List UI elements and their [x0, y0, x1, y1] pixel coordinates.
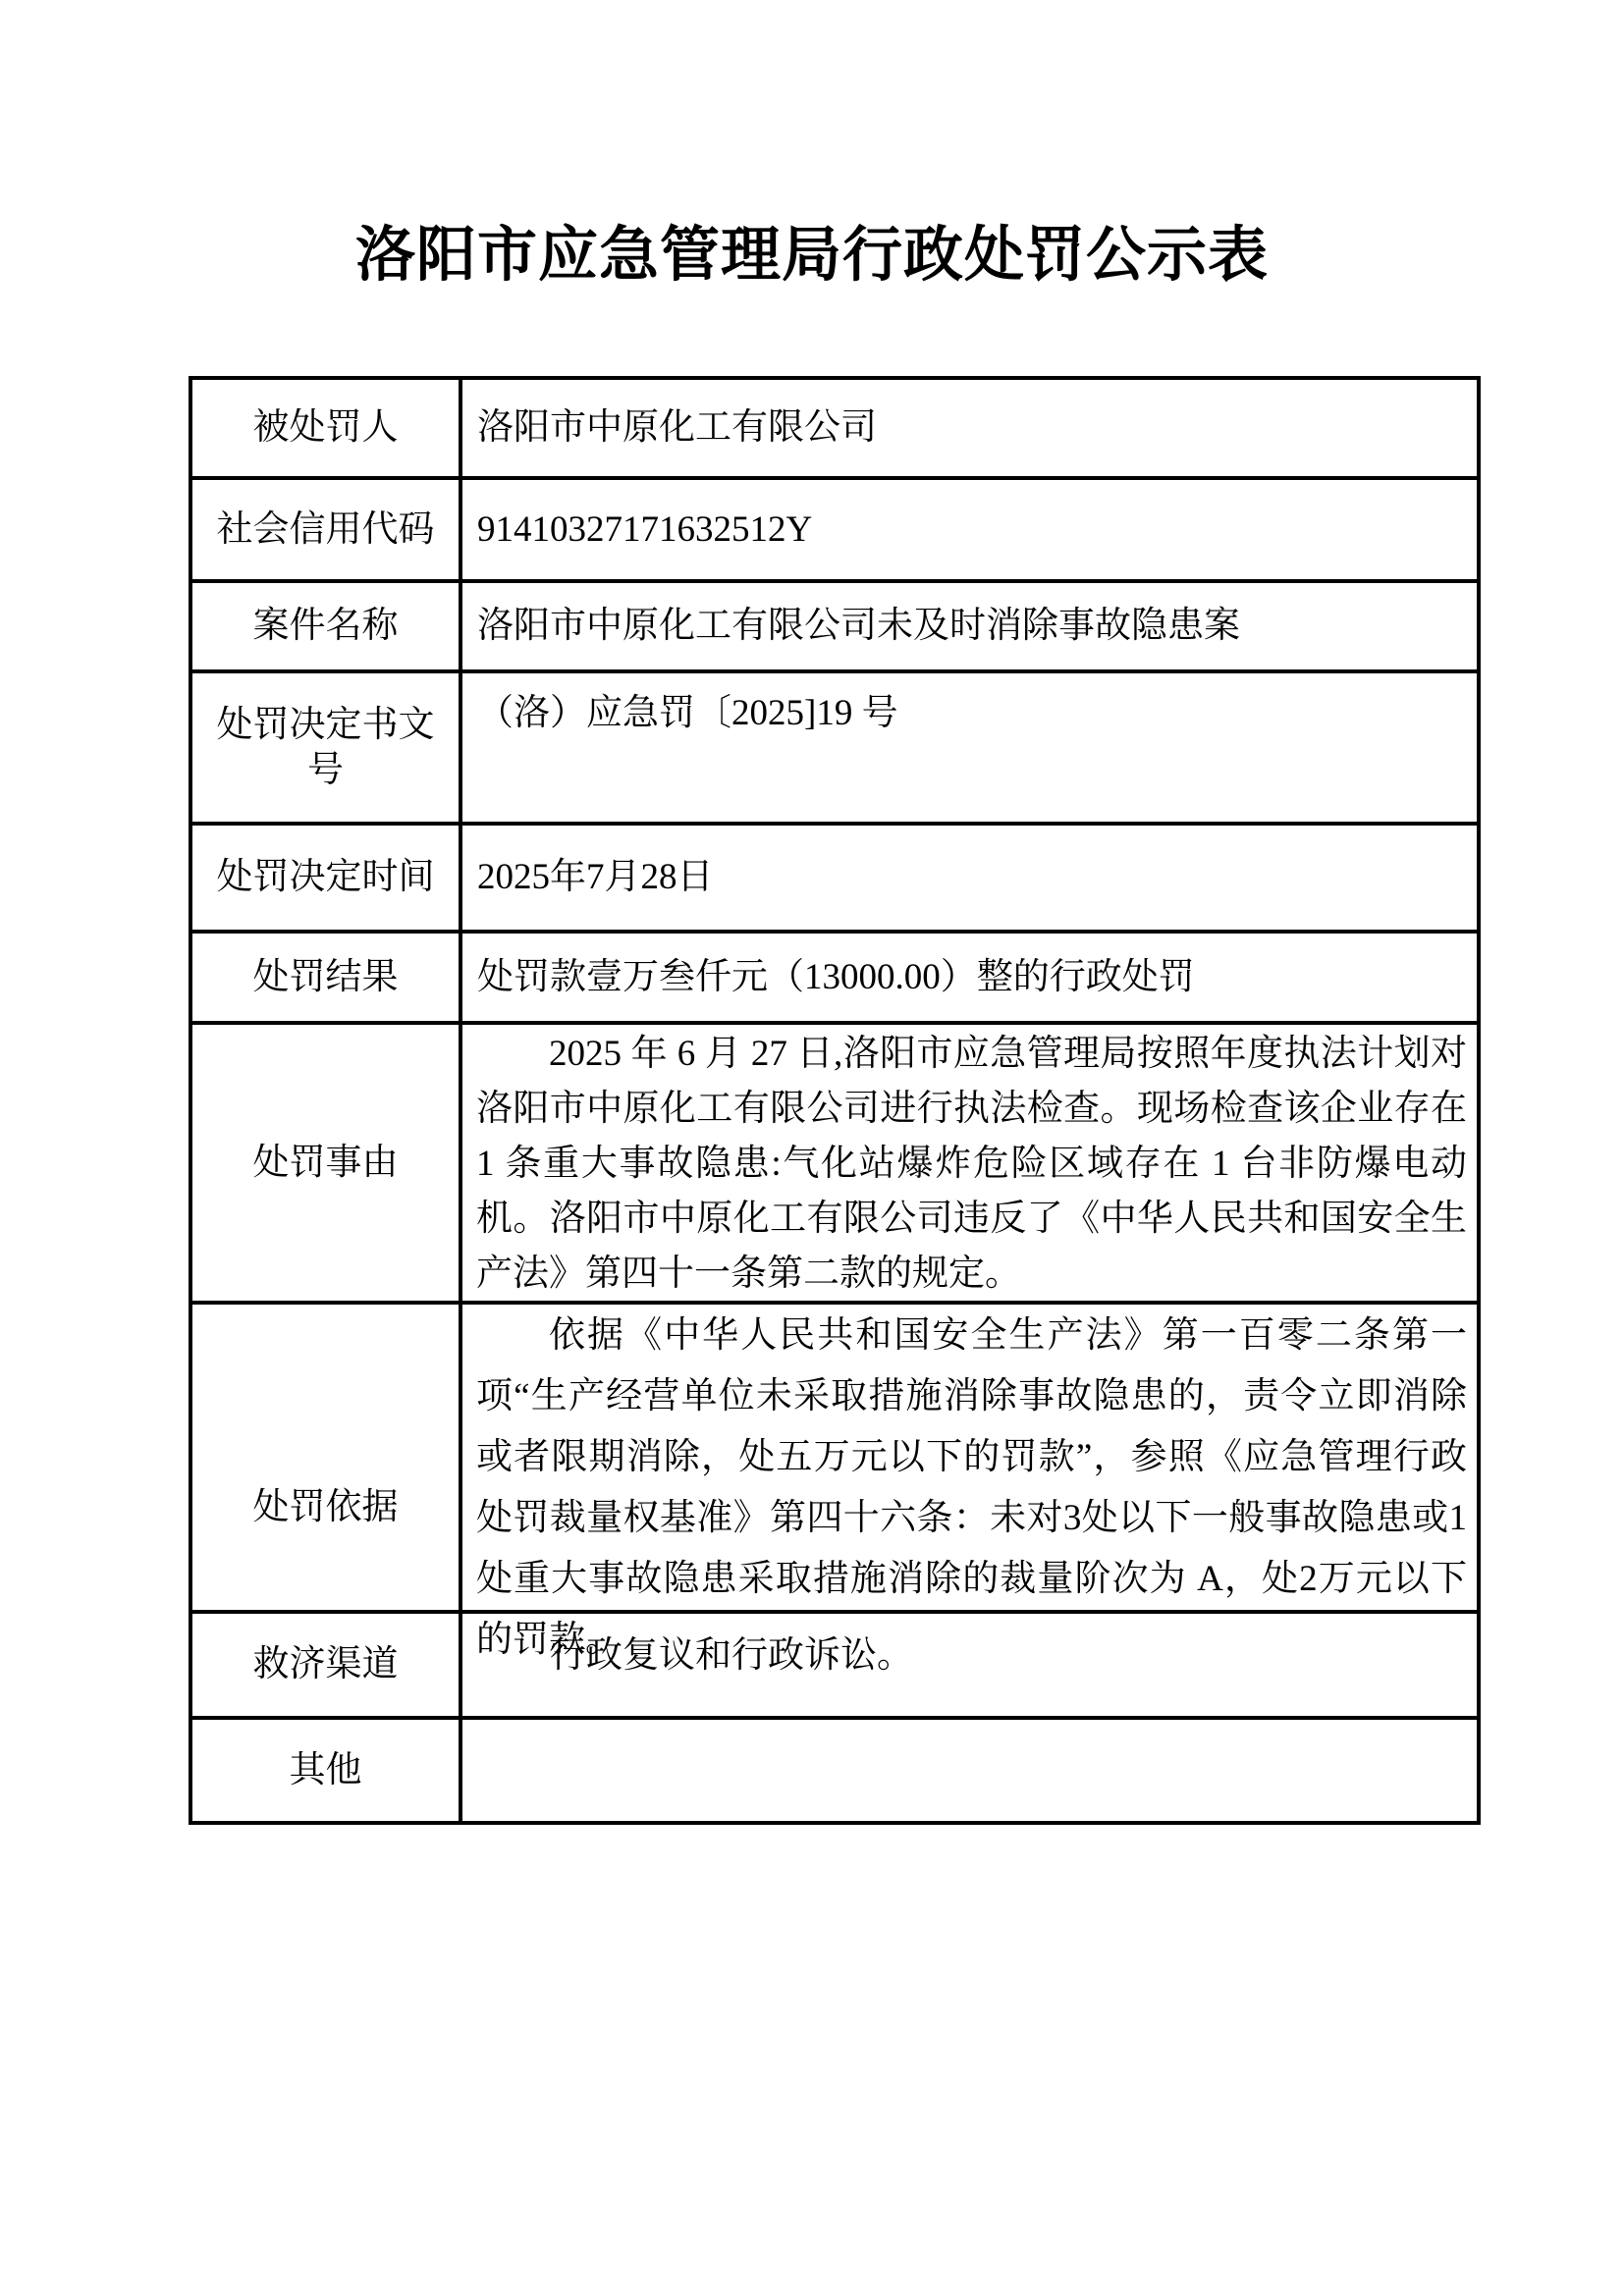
- row-label: 处罚决定书文号: [192, 673, 462, 822]
- row-label: 被处罚人: [192, 380, 462, 476]
- row-label: 救济渠道: [192, 1614, 462, 1716]
- row-value: 2025年7月28日: [462, 826, 1477, 930]
- row-label: 处罚结果: [192, 934, 462, 1021]
- row-relief-channels: 救济渠道 行政复议和行政诉讼。: [192, 1614, 1477, 1720]
- row-value: 91410327171632512Y: [462, 480, 1477, 579]
- row-other: 其他: [192, 1720, 1477, 1821]
- row-label: 其他: [192, 1720, 462, 1821]
- row-case-name: 案件名称 洛阳市中原化工有限公司未及时消除事故隐患案: [192, 583, 1477, 673]
- row-value: （洛）应急罚〔2025]19 号: [462, 673, 1477, 822]
- row-social-credit-code: 社会信用代码 91410327171632512Y: [192, 480, 1477, 583]
- penalty-notice-table: 被处罚人 洛阳市中原化工有限公司 社会信用代码 9141032717163251…: [189, 376, 1481, 1825]
- row-penalty-result: 处罚结果 处罚款壹万叁仟元（13000.00）整的行政处罚: [192, 934, 1477, 1025]
- row-value: 2025 年 6 月 27 日,洛阳市应急管理局按照年度执法计划对洛阳市中原化工…: [462, 1025, 1477, 1301]
- row-value: 洛阳市中原化工有限公司未及时消除事故隐患案: [462, 583, 1477, 669]
- row-penalized-party: 被处罚人 洛阳市中原化工有限公司: [192, 380, 1477, 480]
- row-value: [462, 1720, 1477, 1821]
- row-label: 处罚事由: [192, 1025, 462, 1301]
- row-label: 案件名称: [192, 583, 462, 669]
- row-label: 处罚决定时间: [192, 826, 462, 930]
- row-value: 依据《中华人民共和国安全生产法》第一百零二条第一项“生产经营单位未采取措施消除事…: [462, 1305, 1477, 1610]
- row-value: 行政复议和行政诉讼。: [462, 1614, 1477, 1716]
- row-penalty-reason: 处罚事由 2025 年 6 月 27 日,洛阳市应急管理局按照年度执法计划对洛阳…: [192, 1025, 1477, 1305]
- page-title: 洛阳市应急管理局行政处罚公示表: [0, 225, 1624, 288]
- row-label: 社会信用代码: [192, 480, 462, 579]
- row-decision-date: 处罚决定时间 2025年7月28日: [192, 826, 1477, 934]
- row-label: 处罚依据: [192, 1305, 462, 1610]
- row-decision-doc-number: 处罚决定书文号 （洛）应急罚〔2025]19 号: [192, 673, 1477, 826]
- row-penalty-basis: 处罚依据 依据《中华人民共和国安全生产法》第一百零二条第一项“生产经营单位未采取…: [192, 1305, 1477, 1614]
- row-value: 处罚款壹万叁仟元（13000.00）整的行政处罚: [462, 934, 1477, 1021]
- row-value: 洛阳市中原化工有限公司: [462, 380, 1477, 476]
